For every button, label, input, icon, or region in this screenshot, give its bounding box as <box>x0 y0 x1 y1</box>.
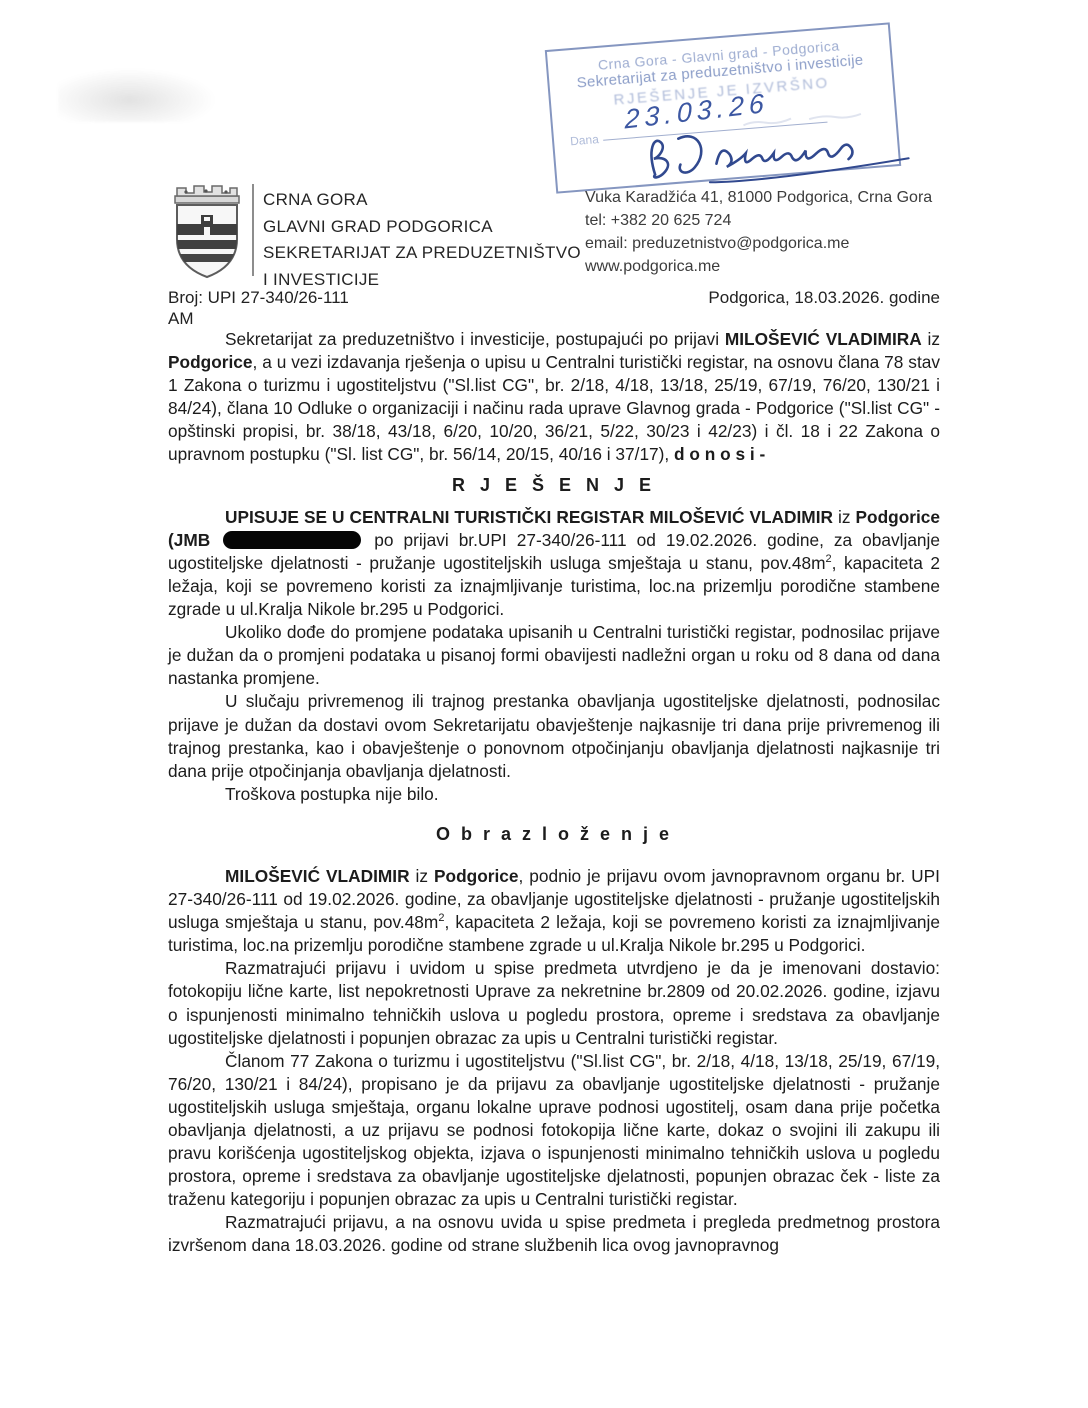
clerk-initials: AM <box>168 308 940 329</box>
stamp-date-label: Dana <box>570 132 600 148</box>
paragraph-article-77: Članom 77 Zakona o turizmu i ugostiteljs… <box>168 1050 940 1212</box>
text-segment: iz <box>833 507 856 527</box>
paragraph-submitted-documents: Razmatrajući prijavu i uvidom u spise pr… <box>168 957 940 1049</box>
text-segment: Razmatrajući prijavu, a na osnovu uvida … <box>168 1212 940 1255</box>
text-segment: Podgorice <box>168 352 253 372</box>
paragraph-costs: Troškova postupka nije bilo. <box>168 783 940 806</box>
text-segment: iz <box>410 866 434 886</box>
text-segment: UPISUJE SE U CENTRALNI TURISTIČKI REGIST… <box>225 507 833 527</box>
text-segment: MILOŠEVIĆ VLADIMIRA <box>725 329 922 349</box>
paragraph-inspection: Razmatrajući prijavu, a na osnovu uvida … <box>168 1211 940 1257</box>
text-segment: U slučaju privremenog ili trajnog presta… <box>168 691 940 780</box>
text-segment: Sekretarijat za preduzetništvo i investi… <box>225 329 725 349</box>
organization-name-block: CRNA GORA GLAVNI GRAD PODGORICA SEKRETAR… <box>263 187 581 293</box>
org-line-country: CRNA GORA <box>263 187 581 214</box>
text-segment: Troškova postupka nije bilo. <box>225 784 439 804</box>
text-segment: MILOŠEVIĆ VLADIMIR <box>225 866 410 886</box>
podgorica-coat-of-arms-icon <box>166 180 248 287</box>
contact-phone: tel: +382 20 625 724 <box>585 209 932 232</box>
jmb-redaction-bar <box>223 531 361 549</box>
scan-smudge <box>58 64 228 122</box>
org-line-secretariat-1: SEKRETARIJAT ZA PREDUZETNIŠTVO <box>263 240 581 267</box>
contact-website: www.podgorica.me <box>585 255 932 278</box>
paragraph-preamble: Sekretarijat za preduzetništvo i investi… <box>168 328 940 467</box>
paragraph-cessation: U slučaju privremenog ili trajnog presta… <box>168 690 940 782</box>
text-segment: Razmatrajući prijavu i uvidom u spise pr… <box>168 958 940 1047</box>
text-segment: , a u vezi izdavanja rješenja o upisu u … <box>168 352 940 464</box>
paragraph-application: MILOŠEVIĆ VLADIMIR iz Podgorice, podnio … <box>168 865 940 957</box>
scanned-decision-document: Crna Gora - Glavni grad - Podgorica Sekr… <box>0 0 1088 1408</box>
paragraph-registration: UPISUJE SE U CENTRALNI TURISTIČKI REGIST… <box>168 506 940 621</box>
document-body: Sekretarijat za preduzetništvo i investi… <box>168 328 940 1258</box>
text-segment: d o n o s i - <box>674 444 765 464</box>
executory-stamp: Crna Gora - Glavni grad - Podgorica Sekr… <box>545 22 901 193</box>
text-segment: Članom 77 Zakona o turizmu i ugostiteljs… <box>168 1051 940 1210</box>
contact-email: email: preduzetnistvo@podgorica.me <box>585 232 932 255</box>
explanation-title: O b r a z l o ž e n j e <box>168 823 940 846</box>
text-segment: iz <box>922 329 940 349</box>
paragraph-data-change: Ukoliko dođe do promjene podataka upisan… <box>168 621 940 690</box>
decision-title: R J E Š E N J E <box>168 474 940 497</box>
case-meta-row: Broj: UPI 27-340/26-111 AM Podgorica, 18… <box>168 287 940 329</box>
contact-address: Vuka Karadžića 41, 81000 Podgorica, Crna… <box>585 186 932 209</box>
org-line-city: GLAVNI GRAD PODGORICA <box>263 214 581 241</box>
text-segment: Podgorice <box>434 866 519 886</box>
place-and-date: Podgorica, 18.03.2026. godine <box>708 287 940 308</box>
contact-block: Vuka Karadžića 41, 81000 Podgorica, Crna… <box>585 186 932 278</box>
text-segment: Ukoliko dođe do promjene podataka upisan… <box>168 622 940 688</box>
letterhead-divider <box>252 184 254 276</box>
